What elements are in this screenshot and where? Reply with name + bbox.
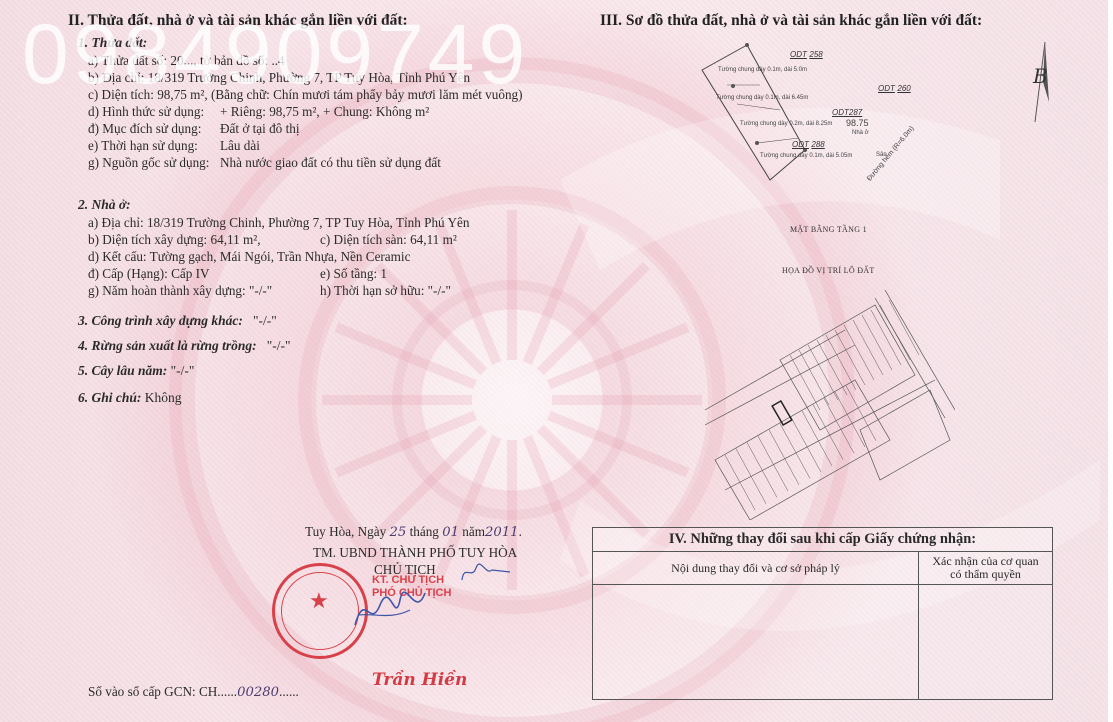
origin-value: Nhà nước giao đất có thu tiền sử dụng đấ… bbox=[220, 155, 441, 171]
forest-label: 4. Rừng sản xuất là rừng trồng: bbox=[78, 338, 257, 353]
initial-scribble bbox=[458, 560, 513, 586]
parcel-number: 260 bbox=[897, 84, 910, 93]
purpose-label: đ) Mục đích sử dụng: bbox=[88, 121, 201, 137]
perennial-label: 5. Cây lâu năm: bbox=[78, 363, 167, 378]
usage-form-value: + Riêng: 98,75 m², + Chung: Không m² bbox=[220, 104, 429, 120]
north-label: B bbox=[1033, 64, 1048, 88]
registry-number: Số vào sổ cấp GCN: CH......00280...... bbox=[88, 684, 299, 700]
issuing-org: TM. UBND THÀNH PHỐ TUY HÒA bbox=[313, 545, 517, 561]
land-area: c) Diện tích: 98,75 m², (Bằng chữ: Chín … bbox=[88, 87, 523, 103]
wall-note-3: Tường chung dày 0.2m, dài 8.25m bbox=[740, 121, 832, 127]
note-label: 6. Ghi chú: bbox=[78, 390, 141, 405]
parcel-260: ODT 260 bbox=[878, 84, 911, 98]
date-day: 25 bbox=[390, 525, 407, 540]
parcel-area: 98.75 bbox=[846, 118, 869, 128]
note-value: Không bbox=[145, 390, 182, 405]
col-change-content: Nội dung thay đổi và cơ sở pháp lý bbox=[593, 552, 919, 585]
usage-form-label: d) Hình thức sử dụng: bbox=[88, 104, 204, 120]
other-works-label: 3. Công trình xây dựng khác: bbox=[78, 313, 243, 328]
floor-plan-caption: MẶT BẰNG TẦNG 1 bbox=[790, 225, 867, 234]
parcel-code: ODT bbox=[878, 84, 895, 93]
authority-confirm-cell bbox=[919, 585, 1053, 700]
land-parcel-number: a) Thửa đất số: 20..., tờ bản đồ số: ..4 bbox=[88, 53, 285, 69]
location-caption: HỌA ĐỒ VỊ TRÍ LÔ ĐẤT bbox=[782, 266, 875, 275]
wall-note-1: Tường chung dày 0.1m, dài 5.0m bbox=[718, 67, 807, 73]
registry-value: 00280 bbox=[237, 685, 279, 700]
wall-note-2: Tường chung dày 0.1m, dài 6.45m bbox=[716, 95, 808, 101]
term-value: Lâu dài bbox=[220, 138, 260, 154]
house-build-area: b) Diện tích xây dựng: 64,11 m², bbox=[88, 232, 261, 248]
section-4-title: IV. Những thay đổi sau khi cấp Giấy chứn… bbox=[593, 528, 1053, 552]
month-label: tháng bbox=[410, 524, 439, 539]
house-address: a) Địa chỉ: 18/319 Trường Chinh, Phường … bbox=[88, 215, 469, 231]
forest: 4. Rừng sản xuất là rừng trồng: "-/-" bbox=[78, 338, 291, 354]
parcel-number: 287 bbox=[849, 108, 862, 117]
other-works-value: "-/-" bbox=[253, 313, 277, 328]
col-authority-confirm: Xác nhận của cơ quan có thẩm quyền bbox=[919, 552, 1053, 585]
origin-label: g) Nguồn gốc sử dụng: bbox=[88, 155, 209, 171]
perennial-value: "-/-" bbox=[171, 363, 195, 378]
parcel-code: ODT bbox=[792, 140, 809, 149]
date-year: 2011 bbox=[485, 525, 519, 540]
parcel-code: ODT bbox=[832, 108, 849, 117]
land-subtitle: 1. Thửa đất: bbox=[78, 35, 147, 51]
house-grade: đ) Cấp (Hạng): Cấp IV bbox=[88, 266, 210, 282]
purpose-value: Đất ở tại đô thị bbox=[220, 121, 300, 137]
registry-suffix: ...... bbox=[279, 684, 299, 699]
land-address: b) Địa chỉ: 18/319 Trường Chinh, Phường … bbox=[88, 70, 470, 86]
north-arrow: B bbox=[1025, 42, 1065, 127]
signer-name: Trần Hiền bbox=[372, 670, 467, 690]
house-label: Nhà ở bbox=[852, 130, 869, 136]
forest-value: "-/-" bbox=[267, 338, 291, 353]
house-subtitle: 2. Nhà ở: bbox=[78, 197, 131, 213]
registry-label: Số vào sổ cấp GCN: CH...... bbox=[88, 684, 237, 699]
wall-note-4: Tường chung dày 0.1m, dài 5.05m bbox=[760, 153, 852, 159]
parcel-number: 288 bbox=[811, 140, 824, 149]
house-floors: e) Số tầng: 1 bbox=[320, 266, 387, 282]
term-label: e) Thời hạn sử dụng: bbox=[88, 138, 198, 154]
location-map bbox=[705, 290, 955, 520]
parcel-258: ODT 258 bbox=[790, 50, 823, 64]
house-completion-year: g) Năm hoàn thành xây dựng: "-/-" bbox=[88, 283, 272, 299]
scan-edge bbox=[1108, 0, 1113, 722]
signature-scribble bbox=[350, 585, 430, 635]
note: 6. Ghi chú: Không bbox=[78, 390, 182, 406]
section-3-title: III. Sơ đồ thửa đất, nhà ở và tài sản kh… bbox=[600, 12, 982, 30]
col2-line2: có thẩm quyền bbox=[919, 568, 1052, 581]
issue-date: Tuy Hòa, Ngày 25 tháng 01 năm2011. bbox=[305, 524, 522, 540]
other-works: 3. Công trình xây dựng khác: "-/-" bbox=[78, 313, 277, 329]
change-content-cell bbox=[593, 585, 919, 700]
year-label: năm bbox=[462, 524, 485, 539]
parcel-288: ODT 288 bbox=[792, 140, 825, 154]
house-floor-area: c) Diện tích sàn: 64,11 m² bbox=[320, 232, 457, 248]
parcel-code: ODT bbox=[790, 50, 807, 59]
star-icon: ★ bbox=[309, 588, 329, 614]
section-2-title: II. Thửa đất, nhà ở và tài sản khác gắn … bbox=[68, 12, 408, 30]
date-month: 01 bbox=[442, 525, 459, 540]
house-ownership-term: h) Thời hạn sở hữu: "-/-" bbox=[320, 283, 451, 299]
parcel-number: 258 bbox=[809, 50, 822, 59]
changes-table: IV. Những thay đổi sau khi cấp Giấy chứn… bbox=[592, 527, 1053, 700]
house-structure: d) Kết cấu: Tường gạch, Mái Ngói, Trần N… bbox=[88, 249, 410, 265]
date-prefix: Tuy Hòa, Ngày bbox=[305, 524, 386, 539]
perennial: 5. Cây lâu năm: "-/-" bbox=[78, 363, 194, 379]
